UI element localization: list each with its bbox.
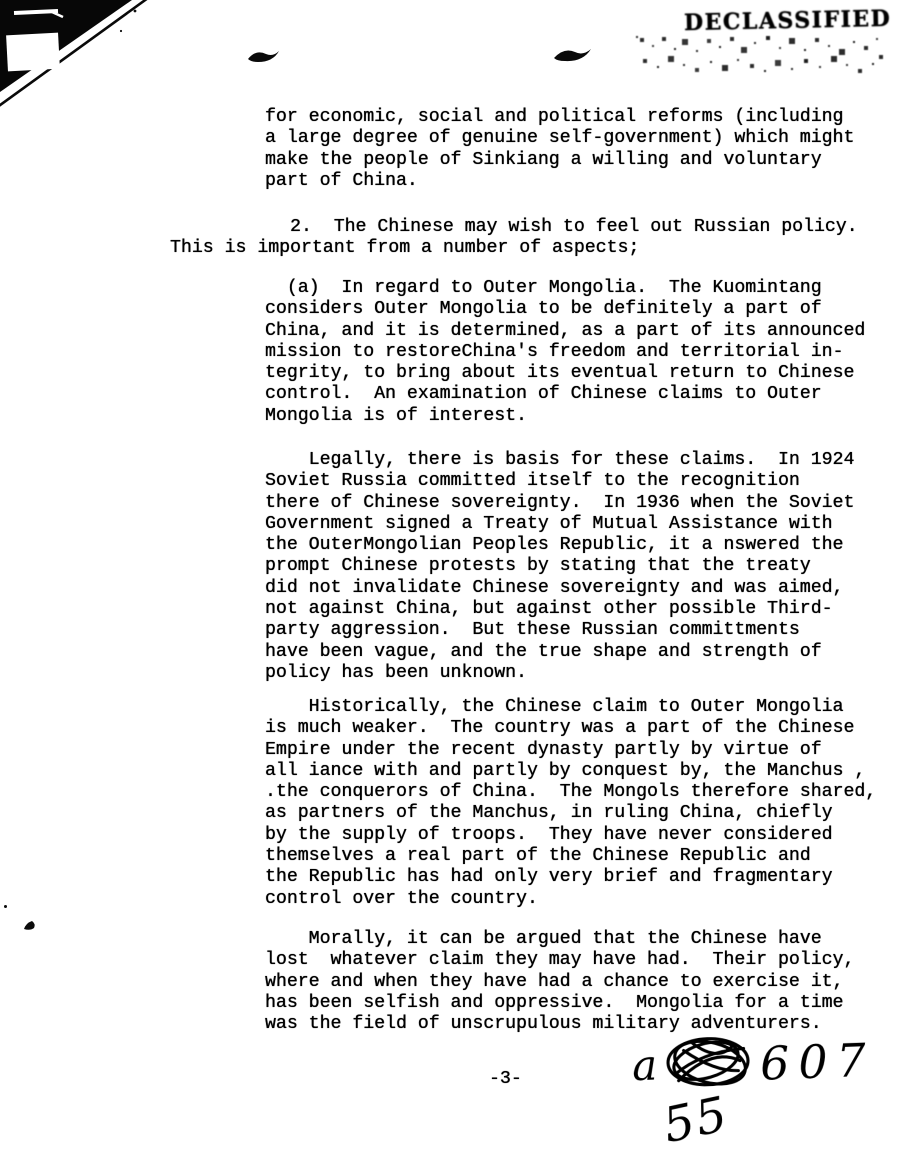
margin-ink-speck — [22, 919, 38, 932]
ink-smudge-right — [552, 44, 594, 66]
margin-speck — [4, 905, 7, 908]
page-number: -3- — [489, 1069, 522, 1090]
corner-fold-artifact — [0, 0, 180, 132]
handwritten-scribble — [667, 1032, 751, 1093]
scanned-document-page: DECLASSIFIED for economic, social and po… — [0, 0, 900, 1166]
handwritten-a: a — [631, 1040, 658, 1090]
paragraph-historical-claims: Historically, the Chinese claim to Outer… — [265, 697, 876, 910]
stamp-smudge — [636, 36, 886, 76]
handwritten-607: 607 — [759, 1033, 876, 1091]
paragraph-item-2a: (a) In regard to Outer Mongolia. The Kuo… — [265, 278, 865, 427]
paragraph-legal-claims: Legally, there is basis for these claims… — [265, 450, 854, 684]
paragraph-moral-claims: Morally, it can be argued that the Chine… — [265, 929, 854, 1035]
handwritten-55: 55 — [658, 1086, 733, 1154]
paragraph-item-2: 2. The Chinese may wish to feel out Russ… — [170, 217, 858, 260]
ink-smudge-left — [246, 46, 282, 66]
handwritten-annotation: a 607 55 — [621, 1021, 893, 1156]
paragraph-intro: for economic, social and political refor… — [265, 107, 854, 192]
declassified-stamp: DECLASSIFIED — [684, 6, 892, 36]
